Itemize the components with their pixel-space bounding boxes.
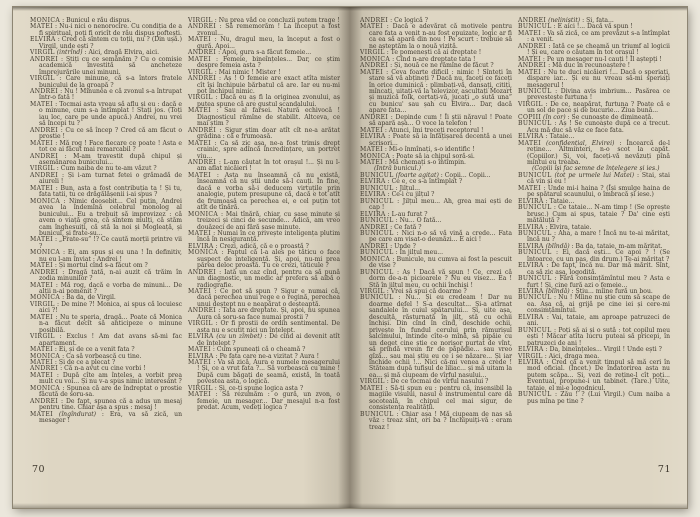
text-column-1: MONICA : Bunicul e rău dispus.MATEI : Nu… (30, 18, 182, 425)
dialogue-line: MONICA : Mai tînără, chiar, cu șase minu… (188, 212, 340, 231)
speaker-name: MONICA (30, 385, 60, 392)
speaker-name: MATEI (30, 185, 53, 192)
speaker-name: BUNICUL (360, 198, 394, 205)
speaker-name: MATEI (518, 69, 541, 76)
speaker-name: MONICA (360, 256, 390, 263)
text-column-4: ANDREI (neliniștit) : Și, fata...BUNICUL… (518, 18, 670, 431)
speaker-name: ANDREI (188, 127, 216, 134)
speaker-name: MATEI (518, 185, 541, 192)
speaker-name: ANDREI (30, 127, 58, 134)
speaker-name: ELVIRA (518, 314, 544, 321)
speaker-name: MATEI (188, 36, 211, 43)
dialogue-line: MATEI : Dacă e adevărat că motivele pent… (360, 24, 512, 50)
speaker-name: MATEI (188, 391, 211, 398)
speaker-name: MATEI (30, 282, 53, 289)
speaker-name: MATEI (188, 288, 211, 295)
speaker-name: MATEI (518, 30, 541, 37)
dialogue-line: MATEI : Să-ți spun eu : pentru că, insen… (360, 386, 512, 412)
speaker-name: VIRGIL (188, 320, 213, 327)
speaker-name: BUNICUL (518, 249, 552, 256)
speaker-name: BUNICUL (518, 391, 552, 398)
speaker-name: BUNICUL (518, 275, 552, 282)
speaker-name: MATEI (30, 140, 53, 147)
speaker-name: VIRGIL (30, 333, 55, 340)
dialogue-line: BUNICUL : Zău ! ? (Lui Virgil.) Cum naib… (518, 392, 670, 405)
speaker-name: MATEI (30, 236, 53, 243)
speaker-name: MATEI (30, 314, 53, 321)
dialogue-line: MONICA : Nimic deosebit... Cel puțin, An… (30, 199, 182, 238)
speaker-name: ANDREI (30, 269, 58, 276)
speaker-name: MATEI (30, 101, 53, 108)
speaker-name: MONICA (30, 198, 60, 205)
speaker-name: MATEI (30, 23, 53, 30)
page-left-columns: MONICA : Bunicul e rău dispus.MATEI : Nu… (30, 18, 342, 425)
dialogue-line: ANDREI : Știți cu ce semănăm ? Cu o comi… (30, 57, 182, 76)
dialogue-line: MATEI : Ceva foarte dificil : nimic ! Sî… (360, 70, 512, 115)
text-column-2: VIRGIL : Nu prea văd ce concluzii putem … (188, 18, 340, 425)
dialogue-line: MATEI : Asta nu înseamnă că nu există, î… (188, 173, 340, 212)
speaker-name: BUNICUL (518, 204, 552, 211)
speaker-name: MATEI (188, 56, 211, 63)
speaker-name: ANDREI (188, 75, 216, 82)
speaker-name: ANDREI (30, 172, 58, 179)
speaker-name: ELVIRA (518, 262, 544, 269)
speaker-name: ANDREI (30, 56, 58, 63)
speaker-name: BUNICUL (360, 294, 394, 301)
dialogue-line: ELVIRA : Cred că a venit timpul să mă ce… (518, 360, 670, 392)
speaker-name: BUNICUL (360, 411, 394, 418)
speaker-name: VIRGIL (188, 94, 213, 101)
speaker-name: BUNICUL (518, 230, 552, 237)
dialogue-line: MATEI : Ce pot să spun ? Sigur e numai c… (188, 289, 340, 308)
speaker-name: BUNICUL (518, 120, 552, 127)
dialogue-line: MATEI : Să rezumăm : o gură, un zvon, o … (188, 392, 340, 411)
speaker-name: ELVIRA (360, 133, 386, 140)
speaker-name: VIRGIL (30, 75, 55, 82)
speaker-name: MATEI (188, 107, 211, 114)
speaker-name: ELVIRA (188, 333, 214, 340)
dialogue-line: BUNICUL : Ce tataie... N-am timp ! (Se o… (518, 205, 670, 224)
speaker-name: ANDREI (30, 398, 58, 405)
speaker-name: ANDREI (518, 43, 546, 50)
speaker-name: BUNICUL (360, 269, 394, 276)
dialogue-line: ANDREI : Iată un caz cînd, pentru ca să … (188, 270, 340, 289)
speaker-name: BUNICUL (360, 230, 394, 237)
dialogue-line: ANDREI : Aș ! O femeie are exact atîta m… (188, 76, 340, 95)
dialogue-line: MATEI : Nu te speria, dragă... Poate că … (30, 315, 182, 334)
dialogue-line: MONICA : Faptul că l-a ales pe tăticu o … (188, 250, 340, 269)
text-column-3: ANDREI : Ce logică ?MATEI : Dacă e adevă… (360, 18, 512, 431)
dialogue-line: BUNICUL : Chiar așa ! Mă ciupeam de nas … (360, 412, 512, 431)
speaker-name: ELVIRA (30, 36, 56, 43)
speaker-name: MATEI (30, 411, 53, 418)
dialogue-line: BUNICUL : Nu... Și eu credeam ! Dar nu d… (360, 295, 512, 379)
speaker-name: ANDREI (188, 23, 216, 30)
speaker-name: MATEI (188, 230, 211, 237)
speaker-name: VIRGIL (518, 101, 543, 108)
speaker-name: MONICA (188, 211, 218, 218)
dialogue-line: MATEI : Sau al farsei. Natură echivocă !… (188, 108, 340, 127)
dialogue-line: MATEI : Va să zică, Aura e numele mesage… (188, 360, 340, 386)
speaker-name: MATEI (360, 385, 383, 392)
speaker-name: BUNICUL (518, 294, 552, 301)
dialogue-line: BUNICUL : Aș ! Dacă vă spun ! Ce, crezi … (360, 270, 512, 289)
dialogue-line: MATEI (confidențial, Elvirei) : Încearcă… (518, 141, 670, 167)
speaker-name: ANDREI (30, 88, 58, 95)
dialogue-line: MATEI : Nu te duci nicăieri !... Dacă o … (518, 70, 670, 89)
dialogue-line: BUNICUL : Poți să ai și o sută : tot cop… (518, 328, 670, 347)
page-right-columns: ANDREI : Ce logică ?MATEI : Dacă e adevă… (360, 18, 677, 431)
book-photo: { "colors": { "paper": "#ded6c3", "ink":… (0, 0, 700, 517)
page-number-left: 70 (32, 464, 45, 475)
speaker-name: BUNICUL (518, 327, 552, 334)
speaker-name: MATEI (360, 69, 383, 76)
speaker-name: ANDREI (360, 114, 388, 121)
speaker-name: MATEI (30, 372, 53, 379)
dialogue-line: MATEI (îngîndurat) : Era, va să zică, un… (30, 412, 182, 425)
speaker-name: BUNICUL (518, 172, 552, 179)
speaker-name: MATEI (188, 359, 211, 366)
speaker-name: ANDREI (188, 269, 216, 276)
dialogue-line: MATEI : Ca să zic așa, ne-a fost trimis … (188, 141, 340, 160)
speaker-name: VIRGIL (30, 301, 55, 308)
speaker-name: MATEI (188, 140, 211, 147)
speaker-name: MATEI (360, 23, 383, 30)
speaker-name: MATEI (518, 140, 541, 147)
dialogue-line: BUNICUL : Nu ! Mîine nu știe cum să scap… (518, 295, 670, 314)
page-right: ANDREI : Ce logică ?MATEI : Dacă e adevă… (350, 7, 687, 508)
speaker-name: ELVIRA (518, 359, 544, 366)
page-number-right: 71 (658, 464, 671, 475)
page-left: MONICA : Bunicul e rău dispus.MATEI : Nu… (13, 7, 350, 508)
speaker-name: ANDREI (188, 159, 216, 166)
book-spread: MONICA : Bunicul e rău dispus.MATEI : Nu… (13, 7, 687, 508)
speaker-name: MONICA (188, 249, 218, 256)
speaker-name: ANDREI (188, 307, 216, 314)
speaker-name: MONICA (30, 249, 60, 256)
speaker-name: BUNICUL (518, 88, 552, 95)
speaker-name: ANDREI (30, 153, 58, 160)
speaker-name: MATEI (188, 172, 211, 179)
dialogue-line: MATEI : Tocmai asta vreau să aflu și eu … (30, 102, 182, 128)
